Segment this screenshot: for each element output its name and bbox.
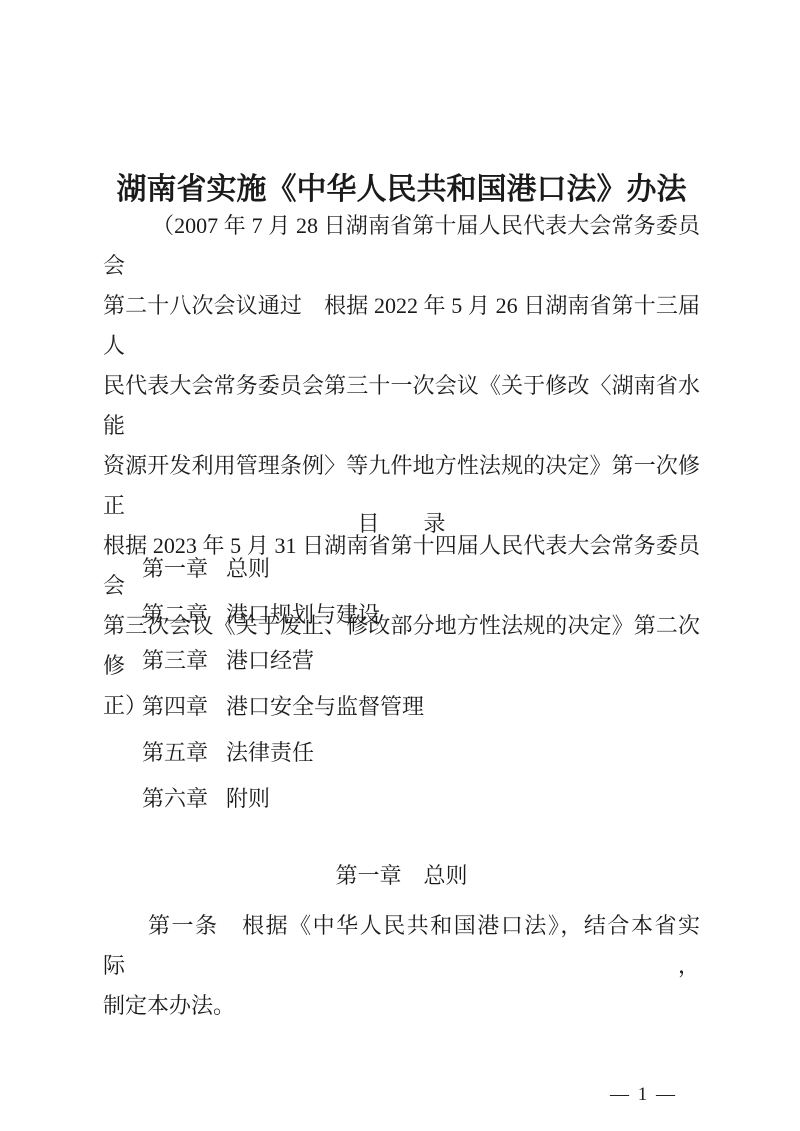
toc-item: 第一章总则 (142, 546, 424, 592)
toc-item-chapter: 第四章 (142, 694, 208, 719)
toc-heading: 目 录 (103, 504, 700, 544)
article-1-line: 第一条 根据《中华人民共和国港口法》，结合本省实际， (103, 906, 700, 986)
toc-item-title: 附则 (226, 786, 270, 811)
toc-item-chapter: 第二章 (142, 602, 208, 627)
chapter-1-heading-title: 总则 (424, 863, 468, 888)
toc-item-title: 法律责任 (226, 740, 314, 765)
page-number: — 1 — (610, 1082, 677, 1108)
preamble-line: 第二十八次会议通过 根据 2022 年 5 月 26 日湖南省第十三届人 (103, 286, 700, 366)
preamble-line: （2007 年 7 月 28 日湖南省第十届人民代表大会常务委员会 (103, 206, 700, 286)
preamble-line: 民代表大会常务委员会第三十一次会议《关于修改〈湖南省水能 (103, 366, 700, 446)
toc-item: 第六章附则 (142, 776, 424, 822)
toc-item: 第二章港口规划与建设 (142, 592, 424, 638)
toc-item: 第五章法律责任 (142, 730, 424, 776)
toc-item: 第四章港口安全与监督管理 (142, 684, 424, 730)
toc-item-title: 港口规划与建设 (226, 602, 380, 627)
article-1-line: 制定本办法。 (103, 986, 700, 1026)
chapter-1-heading-number: 第一章 (335, 863, 401, 888)
toc-list: 第一章总则 第二章港口规划与建设 第三章港口经营 第四章港口安全与监督管理 第五… (142, 546, 424, 822)
toc-item-title: 港口安全与监督管理 (226, 694, 424, 719)
chapter-1-heading: 第一章总则 (103, 856, 700, 896)
toc-item: 第三章港口经营 (142, 638, 424, 684)
toc-item-chapter: 第五章 (142, 740, 208, 765)
toc-item-title: 港口经营 (226, 648, 314, 673)
toc-item-title: 总则 (226, 556, 270, 581)
toc-item-chapter: 第六章 (142, 786, 208, 811)
toc-item-chapter: 第一章 (142, 556, 208, 581)
document-page: 湖南省实施《中华人民共和国港口法》办法 （2007 年 7 月 28 日湖南省第… (0, 0, 800, 1131)
document-title: 湖南省实施《中华人民共和国港口法》办法 (103, 170, 700, 210)
toc-item-chapter: 第三章 (142, 648, 208, 673)
article-1-paragraph: 第一条 根据《中华人民共和国港口法》，结合本省实际， 制定本办法。 (103, 906, 700, 1026)
